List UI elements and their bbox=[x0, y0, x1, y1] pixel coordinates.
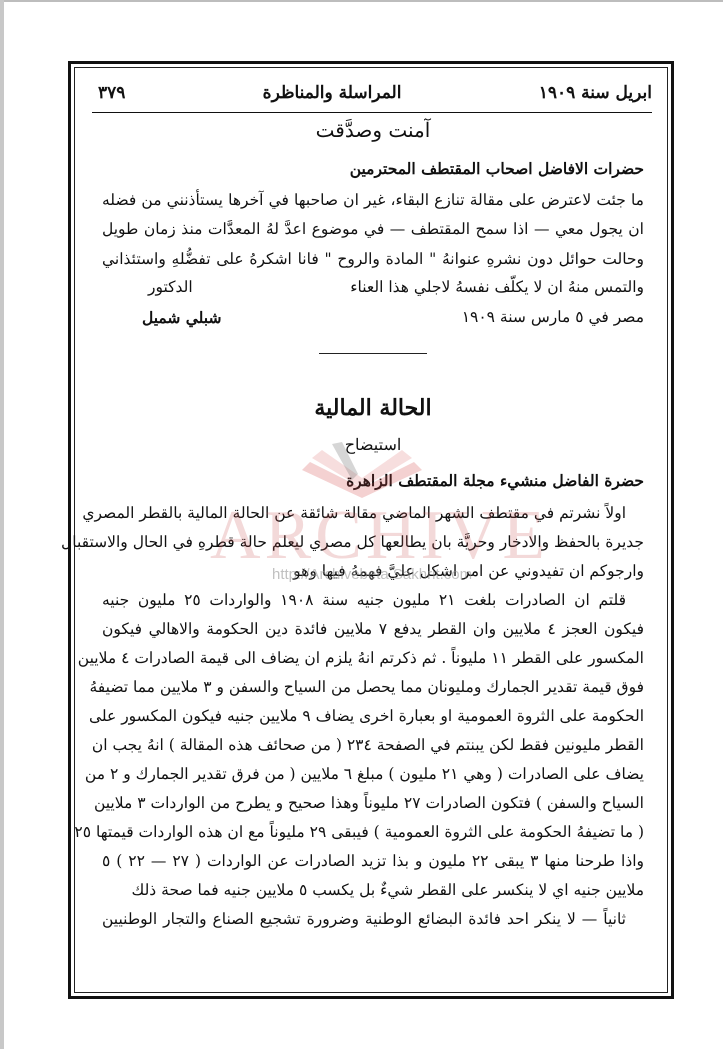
letter2-title: الحالة المالية bbox=[102, 398, 644, 418]
letter1-line: ان يجول معي — اذا سمح المقتطف — في موضوع… bbox=[102, 219, 644, 239]
letter2-line: الحكومة على الثروة العمومية او بعبارة اخ… bbox=[102, 706, 644, 726]
scan-top-edge bbox=[0, 0, 723, 2]
letter2-line: وارجوكم ان تفيدوني عن امر اشكل عليَّ فهم… bbox=[102, 561, 644, 581]
letter2-line: قلتم ان الصادرات بلغت ٢١ مليون جنيه سنة … bbox=[102, 590, 626, 610]
letter2-line: ثانياً — لا ينكر احد فائدة البضائع الوطن… bbox=[102, 909, 626, 929]
letter2-line: المكسور على القطر ١١ مليوناً . ثم ذكرتم … bbox=[102, 648, 644, 668]
letter2-line: السياح والسفن ) فتكون الصادرات ٢٧ مليونا… bbox=[102, 793, 644, 813]
section-title: المراسلة والمناظرة bbox=[263, 83, 402, 103]
letter1-line: ما جئت لاعترض على مقالة تنازع البقاء، غي… bbox=[102, 190, 644, 210]
scan-left-edge bbox=[0, 0, 4, 1049]
section-separator bbox=[319, 353, 427, 354]
document-page: ابريل سنة ١٩٠٩ المراسلة والمناظرة ٣٧٩ آم… bbox=[76, 68, 666, 990]
running-head: ابريل سنة ١٩٠٩ المراسلة والمناظرة ٣٧٩ bbox=[98, 80, 652, 106]
letter2-line: فيكون العجز ٤ ملايين وان القطر يدفع ٧ مل… bbox=[102, 619, 644, 639]
letter2-line: واذا طرحنا منها ٣ يبقى ٢٢ مليون و بذا تز… bbox=[102, 851, 644, 871]
page-number: ٣٧٩ bbox=[98, 83, 125, 103]
letter1-closing-row: والتمس منهُ ان لا يكلّف نفسهُ لاجلي هذا … bbox=[102, 278, 644, 296]
letter1-line: والتمس منهُ ان لا يكلّف نفسهُ لاجلي هذا … bbox=[350, 278, 644, 296]
letter2-line: ( ما تضيفهُ الحكومة على الثروة العمومية … bbox=[102, 822, 644, 842]
letter2-line: القطر مليونين فقط لكن يبنتم في الصفحة ٢٣… bbox=[102, 735, 644, 755]
letter2-salutation: حضرة الفاضل منشيء مجلة المقتطف الزاهرة bbox=[102, 471, 644, 491]
letter2-line: فوق قيمة تقدير الجمارك ومليونان مما يحصل… bbox=[102, 677, 644, 697]
issue-date: ابريل سنة ١٩٠٩ bbox=[539, 83, 652, 103]
letter2-line: جديرة بالحفظ والادخار وحريَّة بان يطالعه… bbox=[102, 532, 644, 552]
letter1-line: وحالت حوائل دون نشرهِ عنوانهُ " المادة و… bbox=[102, 249, 644, 269]
place-date: مصر في ٥ مارس سنة ١٩٠٩ bbox=[462, 308, 644, 327]
letter1-salutation: حضرات الافاضل اصحاب المقتطف المحترمين bbox=[102, 159, 644, 179]
signature-name: شبلي شميل bbox=[142, 308, 221, 327]
letter1-title: آمنت وصدَّقت bbox=[102, 120, 644, 140]
letter2-subtitle: استيضاح bbox=[102, 435, 644, 455]
letter1-signature-row: مصر في ٥ مارس سنة ١٩٠٩ شبلي شميل bbox=[102, 308, 644, 327]
letter2-line: اولاً نشرتم في مقتطف الشهر الماضي مقالة … bbox=[102, 503, 626, 523]
letter2-line: ملايين جنيه اي لا ينكسر على القطر شيءٌ ب… bbox=[102, 880, 644, 900]
header-rule bbox=[92, 112, 652, 113]
letter2-line: يضاف على الصادرات ( وهي ٢١ مليون ) مبلغ … bbox=[102, 764, 644, 784]
signature-title: الدكتور bbox=[148, 278, 193, 296]
